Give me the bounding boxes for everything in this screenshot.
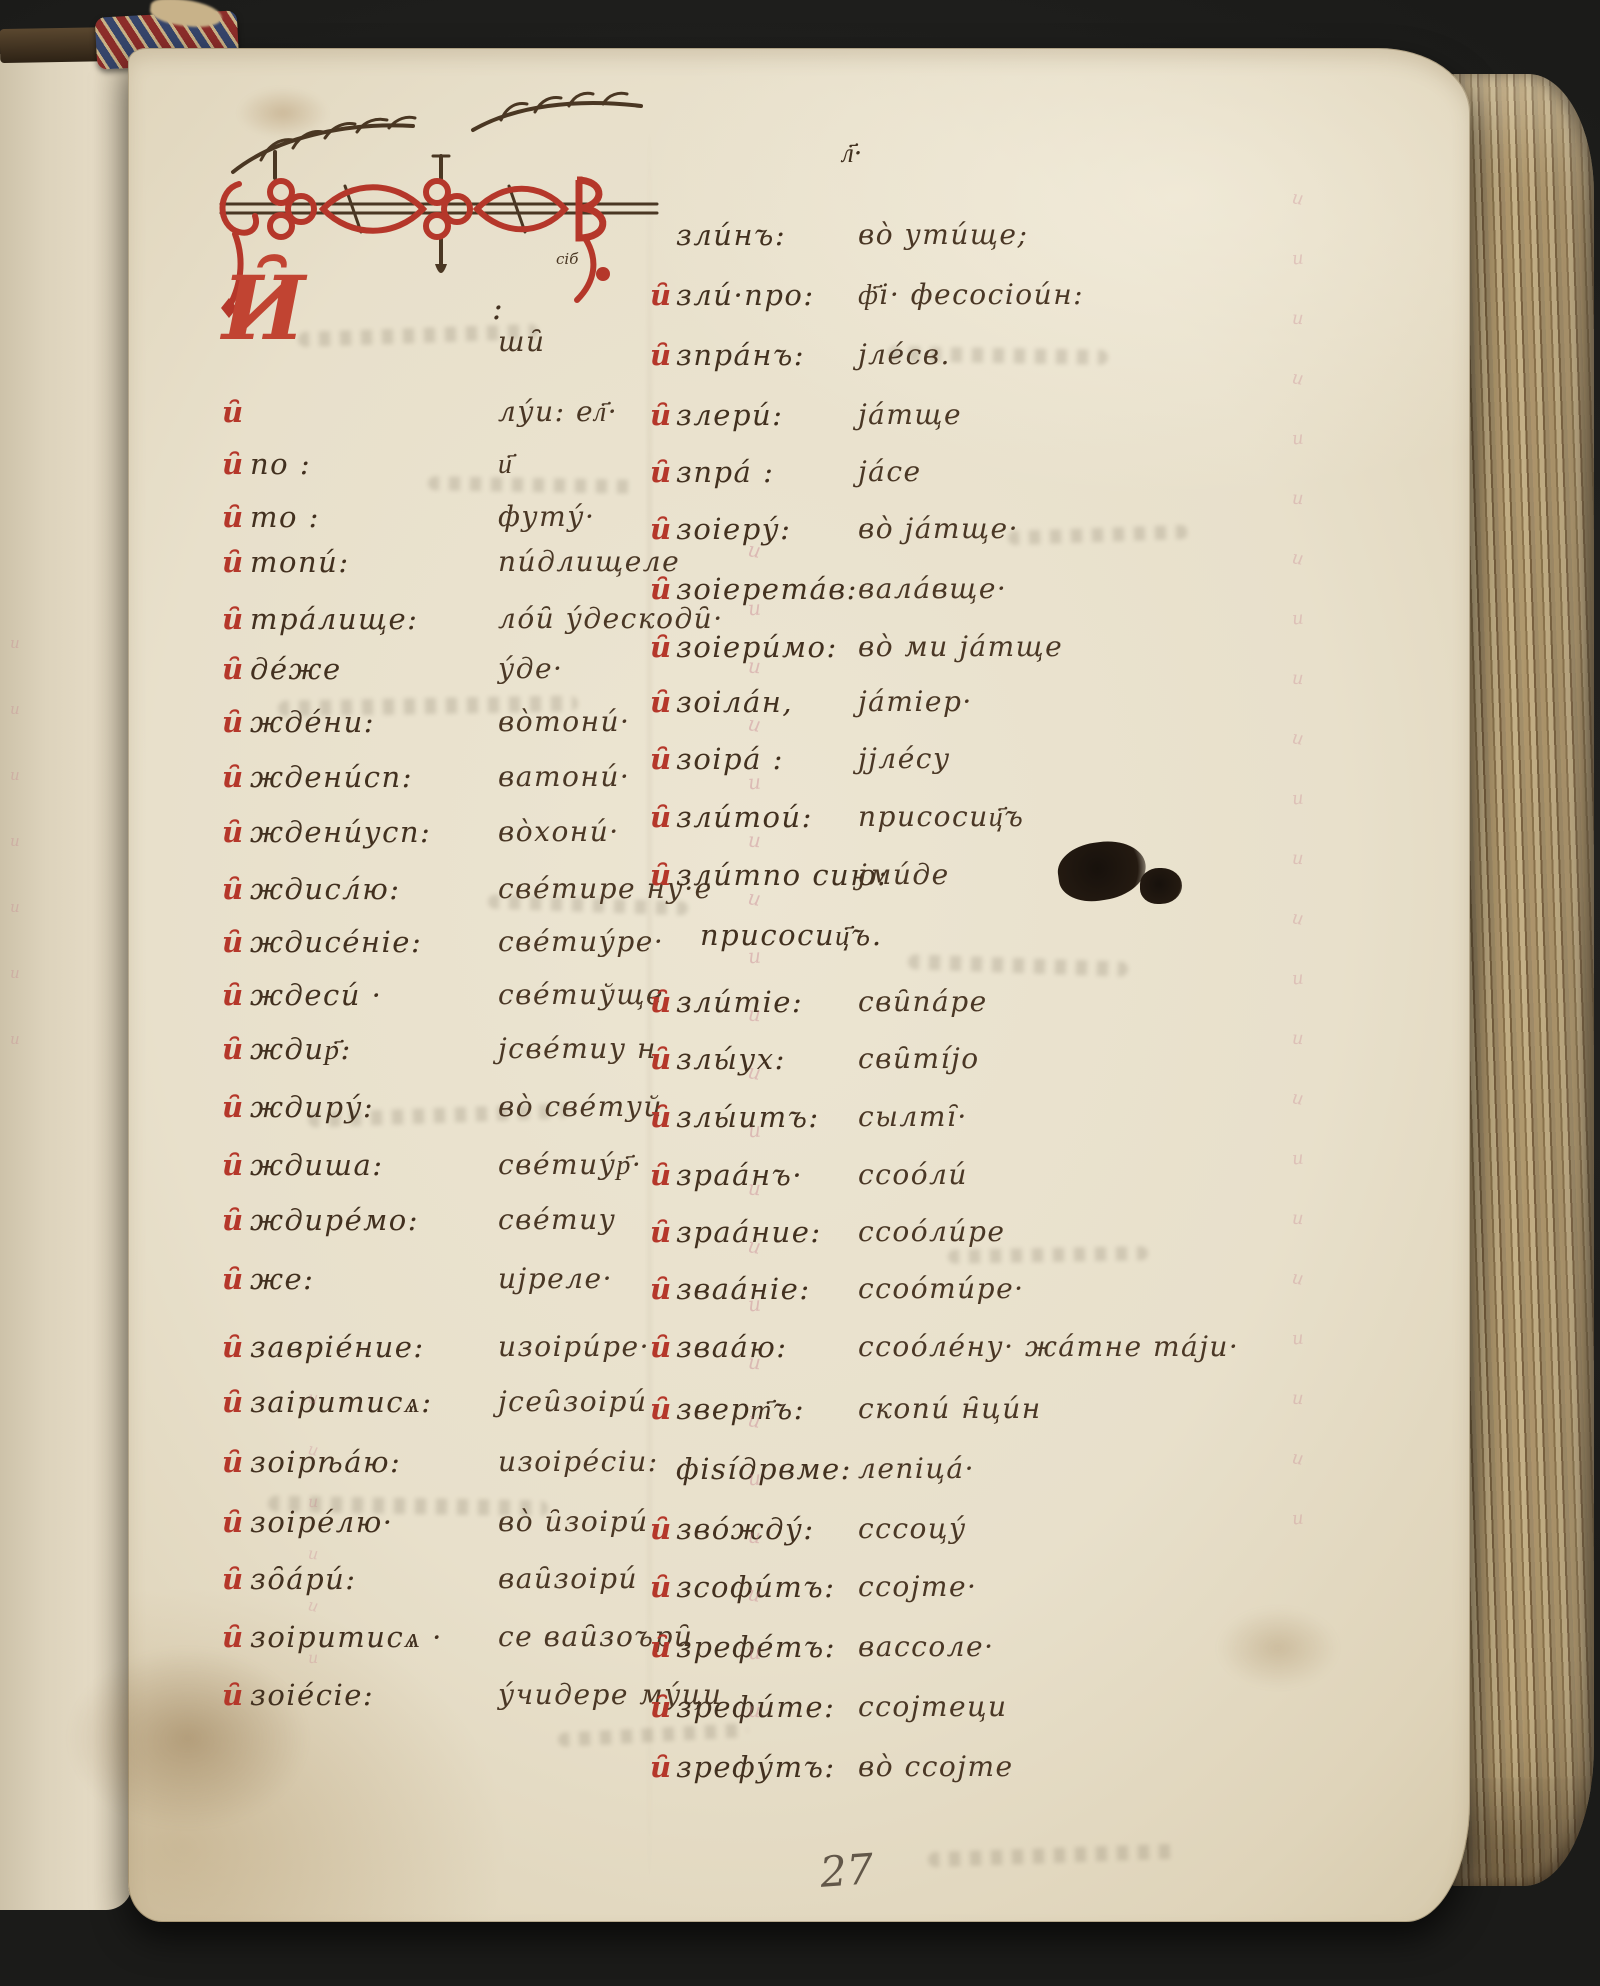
entry-gloss: сылті̑· [858,1100,968,1133]
bleedthrough-initial: и [308,1648,319,1667]
entry-gloss: ссоо́ли́ [858,1158,968,1191]
entry-gloss: во̀ ути́ще; [858,218,1028,251]
entry-gloss: јми́де [858,858,950,891]
entry-gloss: вассоле· [858,1630,995,1663]
entry-gloss: сссоцу́ [858,1512,967,1545]
entry-initial: и̑ [650,398,673,432]
dictionary-entry: и̑зли́тіе:сви̑па́ре [128,985,1470,1041]
entry-gloss: јјле́су [858,742,951,775]
entry-gloss: во̀ ми ја́тще [858,630,1063,663]
entry-headword: зпра́ : [676,455,774,489]
bleedthrough-initial: и [1291,608,1304,630]
dictionary-entry: фіѕі́дрвме:лепіца́· [128,1452,1470,1508]
entry-gloss: во̀ ја́тще· [858,512,1019,545]
entry-initial: и̑ [650,1330,673,1364]
bleedthrough-initial: и [747,1640,761,1665]
dictionary-entry: и̑зваа́ніе:ссоо́ти́ре· [128,1272,1470,1328]
entry-gloss: во̀ ссојте [858,1750,1014,1783]
entry-initial: и̑ [650,1570,673,1604]
entry-initial: и̑ [650,1100,673,1134]
dictionary-entry: и̑зоіеру́:во̀ ја́тще· [128,512,1470,568]
bleedthrough-initial: и [1291,968,1304,990]
bleedthrough-initial: и [1292,1208,1304,1229]
bleedthrough-initial: и [747,1466,761,1491]
entry-headword: зраа́нъ· [676,1158,803,1192]
dictionary-entry: и̑зво́жду́:сссоцу́ [128,1512,1470,1568]
dictionary-entry: и̑зли́тои́:присосиц҃ъ [128,800,1470,856]
bleedthrough-initial: и [307,1544,319,1564]
entry-headword: зли́тои́: [676,800,813,834]
entry-headword: зли́·про: [676,278,815,312]
entry-headword: злери́: [676,398,783,432]
entry-initial: и̑ [650,1392,673,1426]
entry-headword: зваа́ніе: [676,1272,811,1306]
entry-gloss: скопи́ н̑ци́н [858,1392,1042,1425]
dictionary-entry: и̑злери́:ја́тще [128,398,1470,454]
entry-initial: и̑ [650,742,673,776]
bleedthrough-initial: и [1292,848,1304,869]
entry-gloss: сви̑ті́јо [858,1042,980,1075]
dictionary-entry: и̑зраа́ние:ссоо́ли́ре [128,1215,1470,1271]
dictionary-entry: и̑злы́итъ:сылті̑· [128,1100,1470,1156]
entry-gloss: вала́вще· [858,572,1007,605]
entry-gloss: ја́се [858,455,922,488]
entry-initial: и̑ [650,1630,673,1664]
bleedthrough-initial: и [1292,488,1304,509]
facing-page-edge: иииииии [0,54,132,1910]
entry-gloss: лепіца́· [858,1452,975,1485]
entry-initial: и̑ [650,1215,673,1249]
dictionary-entry: и̑зпра́нъ:јле́св. [128,338,1470,394]
entry-initial: и̑ [650,800,673,834]
bleedthrough-initial: и [1292,1028,1304,1049]
folio-mark: л҃· [842,138,862,169]
photo-background: иииииии [0,0,1600,1986]
entry-headword: зрефу́тъ: [676,1750,836,1784]
entry-gloss: сви̑па́ре [858,985,988,1018]
entry-initial: и̑ [650,572,673,606]
entry-initial: и̑ [650,630,673,664]
entry-headword: фіѕі́дрвме: [676,1452,852,1486]
dictionary-entry: и̑зоіери́мо:во̀ ми ја́тще [128,630,1470,686]
page-number: 27 [818,1844,875,1897]
dictionary-entry: и̑зпра́ :ја́се [128,455,1470,511]
bleedthrough-initial: и [1291,248,1304,270]
dictionary-entry: и̑зрефи́те:ссојтеци [128,1690,1470,1746]
entry-headword: зли́тпо сию: [676,858,889,892]
entry-initial: и̑ [650,858,673,892]
entry-gloss: ссојте· [858,1570,977,1603]
bleedthrough-initial: и [747,1176,761,1201]
bleedthrough-initial: и [747,1698,761,1723]
entry-headword: зоіерета́в: [676,572,858,606]
dictionary-entry: зли́нъ:во̀ ути́ще; [128,218,1470,274]
dictionary-entry: и̑зли́·про:ф҃і· фесосіои́н: [128,278,1470,334]
bleedthrough-initial: и [747,1002,761,1027]
entry-headword: зоіра́ : [676,742,784,776]
bleedthrough-initial: и [747,828,761,853]
bleedthrough-initial: и [10,832,20,850]
entry-headword: зоіла́н, [676,685,793,719]
bleedthrough-initial: и [747,1524,761,1549]
bleedthrough-initial: и [747,1118,761,1143]
entry-initial: и̑ [650,1512,673,1546]
entry-initial: и̑ [650,1158,673,1192]
entry-gloss: ф҃і· фесосіои́н: [858,278,1084,312]
entry-initial: и̑ [650,1690,673,1724]
bleedthrough-initial: и [747,1292,761,1317]
bleedthrough-initial: и [10,634,20,652]
bleedthrough-initial: и [10,700,20,718]
bleedthrough-initial: и [1291,428,1304,450]
entry-gloss: присосиц҃ъ [858,800,1024,834]
bleedthrough-initial: и [1291,788,1304,810]
dictionary-entry: и̑зоіерета́в:вала́вще· [128,572,1470,628]
dictionary-entry: присосиц҃ъ. [128,918,1470,974]
entry-headword: присосиц҃ъ. [700,918,883,953]
entry-initial: и̑ [650,685,673,719]
entry-headword: зпра́нъ: [676,338,805,372]
bleedthrough-initial: и [1291,1148,1304,1170]
bleedthrough-initial: и [10,898,20,916]
bleedthrough-initial: и [747,596,761,621]
entry-initial: и̑ [650,1042,673,1076]
dictionary-entry: и̑зли́тпо сию:јми́де [128,858,1470,914]
dictionary-entry: и̑зваа́ю:ссоо́ле́ну· жа́тне та́ји· [128,1330,1470,1386]
entry-initial: и̑ [650,338,673,372]
entry-gloss: ссојтеци [858,1690,1008,1723]
entry-headword: зваа́ю: [676,1330,788,1364]
entry-initial: и̑ [650,1750,673,1784]
bleedthrough-initial: и [10,1030,20,1048]
dictionary-entry: и̑зрефу́тъ:во̀ ссојте [128,1750,1470,1806]
entry-headword: злы́ух: [676,1042,786,1076]
bleedthrough-initial: и [747,944,761,969]
manuscript-page: л҃· сіб 27 И̑:ши̑и̑лу́и: ел҃·и̑по :и҃и̑т… [128,48,1470,1922]
bleedthrough-initial: и [1290,187,1305,210]
entry-gloss: ссоо́ти́ре· [858,1272,1025,1305]
bleedthrough-initial: и [1292,308,1304,329]
entry-gloss: ссоо́ли́ре [858,1215,1005,1248]
entry-headword: зво́жду́: [676,1512,815,1546]
bleedthrough-initial: и [747,1350,761,1375]
bleedthrough-initial: и [747,654,761,679]
bleedthrough-initial: и [308,1492,319,1511]
bleedthrough-initial: и [10,964,20,982]
bleedthrough-initial: и [1291,1508,1304,1530]
damp-stain [238,88,328,138]
entry-gloss: јле́св. [858,338,951,371]
dictionary-entry: и̑зрефе́тъ:вассоле· [128,1630,1470,1686]
entry-initial: и̑ [650,512,673,546]
dictionary-entry: и̑злы́ух:сви̑ті́јо [128,1042,1470,1098]
entry-gloss: ја́тіер· [858,685,973,718]
bleedthrough-initial: и [1292,668,1304,689]
bleedthrough-smudge [928,1844,1178,1868]
entry-gloss: ссоо́ле́ну· жа́тне та́ји· [858,1330,1239,1363]
dictionary-entry: и̑зраа́нъ·ссоо́ли́ [128,1158,1470,1214]
bleedthrough-initial: и [747,770,761,795]
dictionary-entry: и̑зсофи́тъ:ссојте· [128,1570,1470,1626]
bleedthrough-initial: и [1292,1388,1304,1409]
entry-headword: зли́тіе: [676,985,803,1019]
entry-gloss: ја́тще [858,398,962,431]
entry-headword: зли́нъ: [676,218,786,252]
entry-initial: и̑ [650,455,673,489]
bleedthrough-initial: и [1291,1328,1304,1350]
bleedthrough-initial: и [307,1388,319,1408]
dictionary-entry: и̑зверт҃ъ:скопи́ н̑ци́н [128,1392,1470,1448]
entry-initial: и̑ [650,985,673,1019]
bleedthrough-initial: и [10,766,20,784]
entry-headword: зоіеру́: [676,512,791,546]
entry-headword: зверт҃ъ: [676,1392,805,1427]
entry-initial: и̑ [650,1272,673,1306]
entry-initial: и̑ [650,278,673,312]
dictionary-entry: и̑зоіра́ :јјле́су [128,742,1470,798]
dictionary-entry: и̑зоіла́н,ја́тіер· [128,685,1470,741]
